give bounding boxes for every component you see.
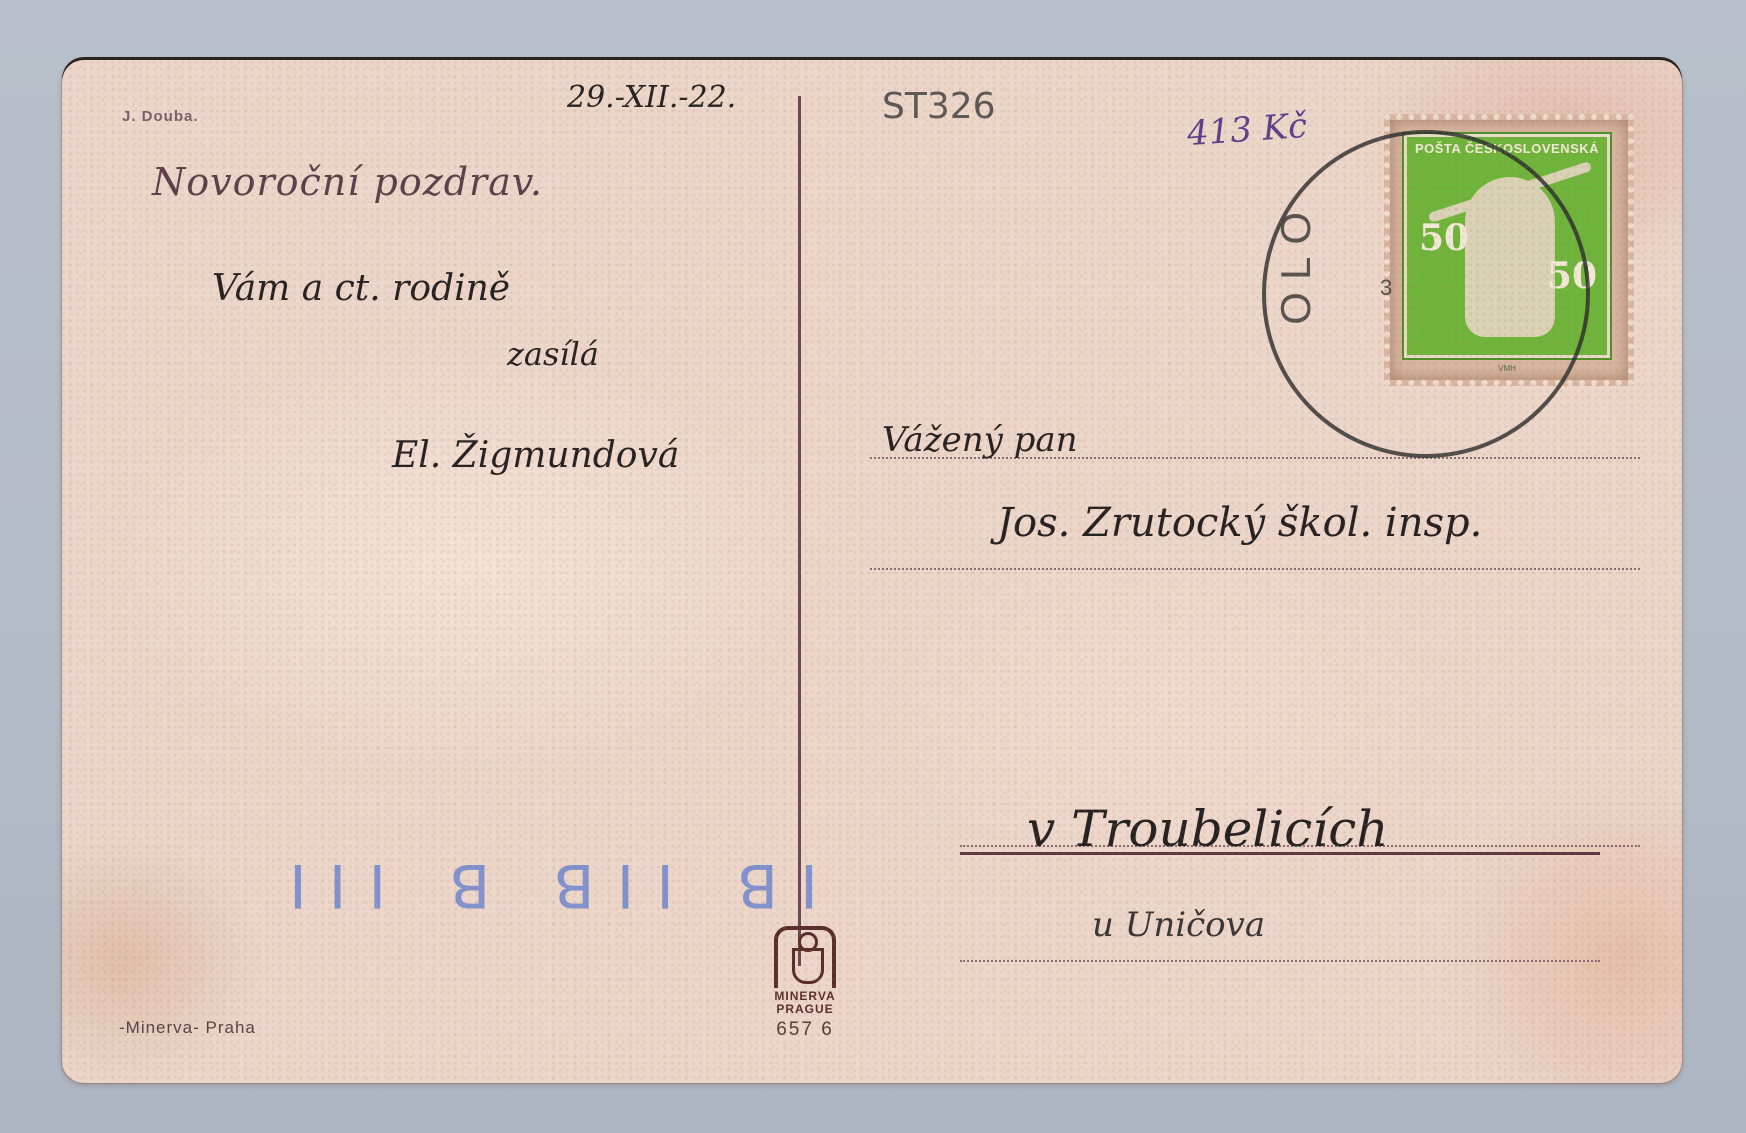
publisher-logo: MINERVA PRAGUE 657 6 [755,926,855,1041]
signature: El. Žigmundová [392,435,679,476]
postmark-town: OLO [1272,200,1320,325]
blue-pencil-marks: IB IIB B III [267,850,818,920]
address-town: v Troubelicích [1027,800,1388,858]
minerva-owl-icon [774,926,836,988]
logo-line-2: PRAGUE [755,1003,855,1016]
handwritten-date: 29.-XII.-22. [567,80,736,115]
message-line-1: Vám a ct. rodině [212,268,510,309]
message-line-2: zasílá [507,335,599,373]
printed-greeting: Novoroční pozdrav. [152,160,543,204]
address-salutation: Vážený pan [882,420,1078,460]
address-dotted-line-4 [960,960,1600,962]
postcard: J. Douba. Novoroční pozdrav. 29.-XII.-22… [62,60,1682,1083]
reference-number: ST326 [882,86,996,127]
postmark-date: 3 [1380,275,1392,301]
address-district: u Uničova [1092,905,1265,945]
catalog-number: 657 6 [755,1019,855,1041]
center-divider-line [798,96,801,966]
address-dotted-line-2 [870,568,1640,570]
address-recipient: Jos. Zrutocký škol. insp. [997,500,1482,546]
printer-credit: -Minerva- Praha [119,1018,256,1038]
price-annotation: 413 Kč [1186,106,1309,154]
artist-credit: J. Douba. [122,108,199,125]
